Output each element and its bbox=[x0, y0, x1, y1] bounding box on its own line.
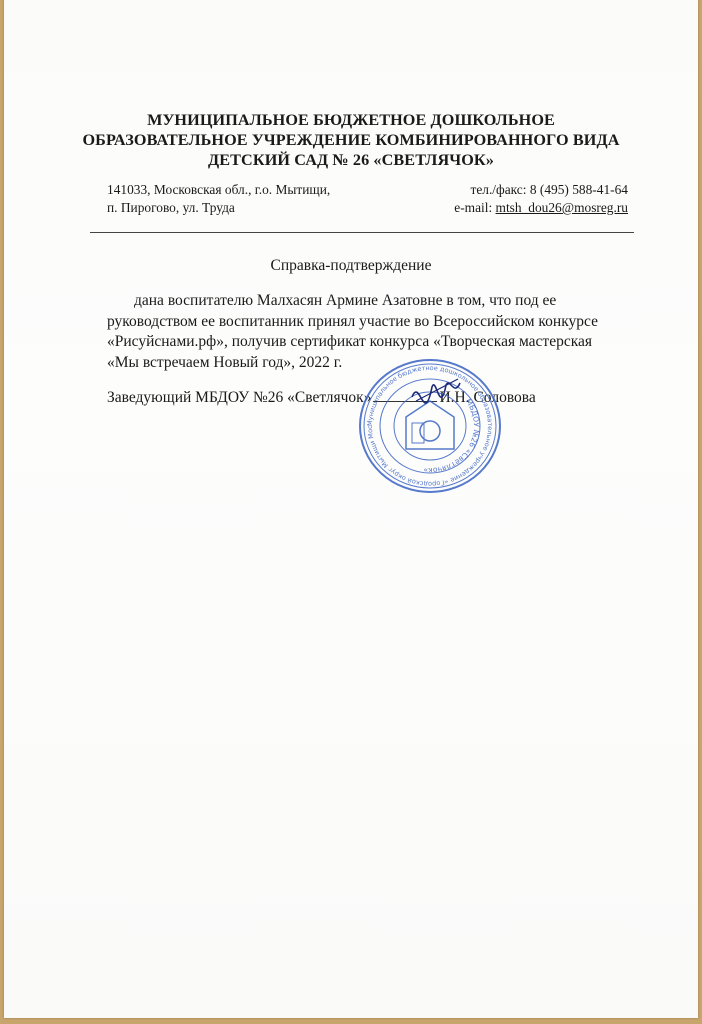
email-label: e-mail: bbox=[454, 200, 495, 215]
org-line-3: ДЕТСКИЙ САД № 26 «СВЕТЛЯЧОК» bbox=[0, 150, 702, 170]
address-block: 141033, Московская обл., г.о. Мытищи, п.… bbox=[107, 181, 330, 217]
body-line-3: «Рисуйснами.рф», получив сертификат конк… bbox=[107, 332, 637, 353]
contact-block: тел./факс: 8 (495) 588-41-64 e-mail: mts… bbox=[454, 181, 628, 217]
body-line-1: дана воспитателю Малхасян Армине Азатовн… bbox=[107, 291, 637, 312]
document-title: Справка-подтверждение bbox=[0, 257, 702, 275]
body-line-2: руководством ее воспитанник принял участ… bbox=[107, 312, 637, 333]
phone: тел./факс: 8 (495) 588-41-64 bbox=[454, 181, 628, 199]
house-emblem-icon bbox=[406, 401, 454, 449]
org-line-2: ОБРАЗОВАТЕЛЬНОЕ УЧРЕЖДЕНИЕ КОМБИНИРОВАНН… bbox=[0, 130, 702, 150]
official-stamp: Муниципальное бюджетное дошкольное образ… bbox=[354, 357, 506, 495]
org-line-1: МУНИЦИПАЛЬНОЕ БЮДЖЕТНОЕ ДОШКОЛЬНОЕ bbox=[0, 110, 702, 130]
address-line-2: п. Пирогово, ул. Труда bbox=[107, 199, 330, 217]
header-divider bbox=[90, 232, 634, 233]
signatory-position: Заведующий МБДОУ №26 «Светлячок» bbox=[107, 389, 371, 406]
email-line: e-mail: mtsh_dou26@mosreg.ru bbox=[454, 199, 628, 217]
email-link[interactable]: mtsh_dou26@mosreg.ru bbox=[496, 200, 628, 215]
organization-header: МУНИЦИПАЛЬНОЕ БЮДЖЕТНОЕ ДОШКОЛЬНОЕ ОБРАЗ… bbox=[0, 110, 702, 170]
address-line-1: 141033, Московская обл., г.о. Мытищи, bbox=[107, 181, 330, 199]
